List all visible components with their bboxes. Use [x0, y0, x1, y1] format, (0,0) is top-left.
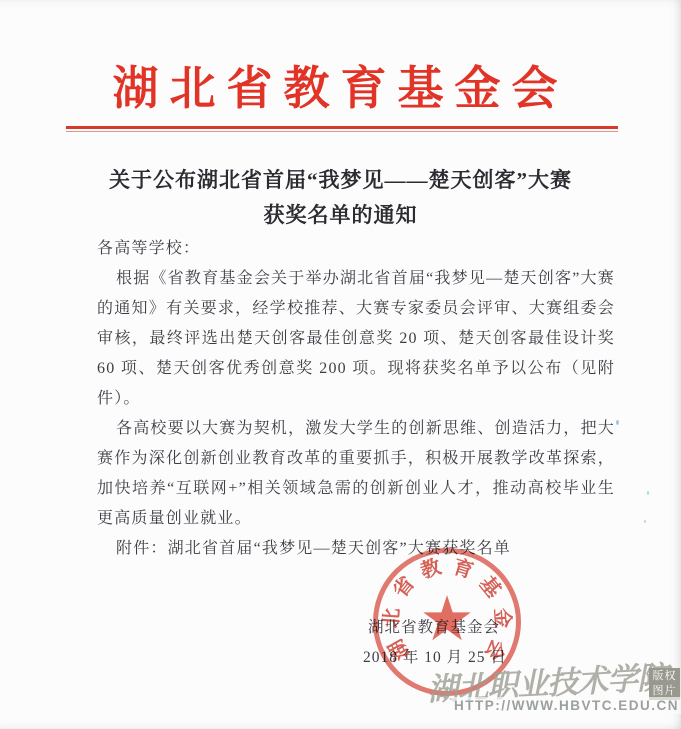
seal-ring-char: 省	[390, 573, 418, 601]
scanned-notice-document: 湖北省教育基金会 关于公布湖北省首届“我梦见——楚天创客”大赛 获奖名单的通知 …	[0, 0, 681, 729]
document-title-line-1: 关于公布湖北省首届“我梦见——楚天创客”大赛	[0, 163, 681, 198]
salutation: 各高等学校：	[97, 234, 615, 264]
attachment-note: 附件：湖北省首届“我梦见—楚天创客”大赛获奖名单	[97, 534, 615, 564]
scan-artifact	[647, 491, 649, 495]
signature-org: 湖北省教育基金会	[363, 613, 505, 643]
document-title: 关于公布湖北省首届“我梦见——楚天创客”大赛 获奖名单的通知	[0, 163, 681, 233]
letterhead-rule-thick	[66, 126, 618, 129]
body-paragraph-1: 根据《省教育基金会关于举办湖北省首届“我梦见—楚天创客”大赛的通知》有关要求，经…	[97, 264, 615, 414]
letterhead-rule-thin	[66, 131, 618, 132]
copyright-badge: 版权 图片	[649, 668, 680, 700]
letterhead-rule	[66, 126, 618, 132]
scan-artifact	[616, 420, 619, 425]
letterhead-org-name: 湖北省教育基金会	[0, 64, 681, 115]
scan-artifact	[644, 520, 646, 523]
body-paragraph-2: 各高校要以大赛为契机，激发大学生的创新思维、创造活力，把大赛作为深化创新创业教育…	[97, 414, 615, 534]
document-title-line-2: 获奖名单的通知	[0, 198, 681, 233]
watermark-url: HTTP://WWW.HBVTC.EDU.CN	[451, 697, 681, 714]
copyright-badge-top: 版权	[649, 669, 680, 684]
seal-ring-char: 基	[476, 573, 504, 601]
document-body: 各高等学校： 根据《省教育基金会关于举办湖北省首届“我梦见—楚天创客”大赛的通知…	[97, 234, 615, 564]
